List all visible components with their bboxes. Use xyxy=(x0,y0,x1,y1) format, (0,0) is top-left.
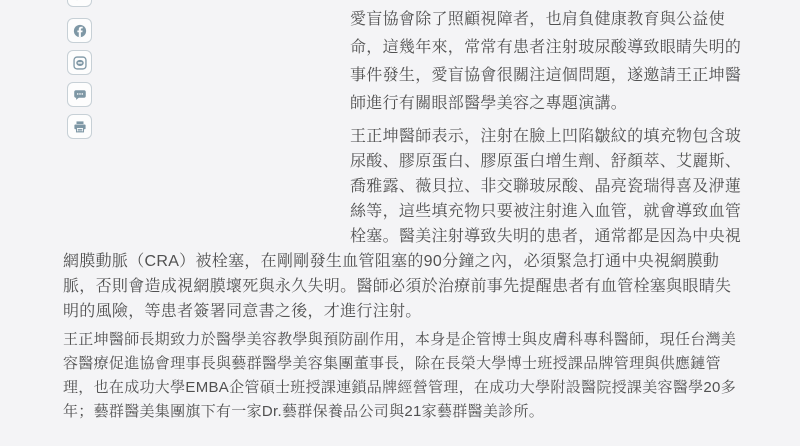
article-image-placeholder xyxy=(63,6,350,246)
page: 愛盲協會除了照顧視障者，也肩負健康教育與公益使命，這幾年來，常常有患者注射玻尿酸… xyxy=(0,0,800,446)
article-body: 愛盲協會除了照顧視障者，也肩負健康教育與公益使命，這幾年來，常常有患者注射玻尿酸… xyxy=(63,0,747,424)
article-paragraph: 王正坤醫師長期致力於醫學美容教學與預防副作用，本身是企管博士與皮膚科專科醫師，現… xyxy=(63,328,747,424)
